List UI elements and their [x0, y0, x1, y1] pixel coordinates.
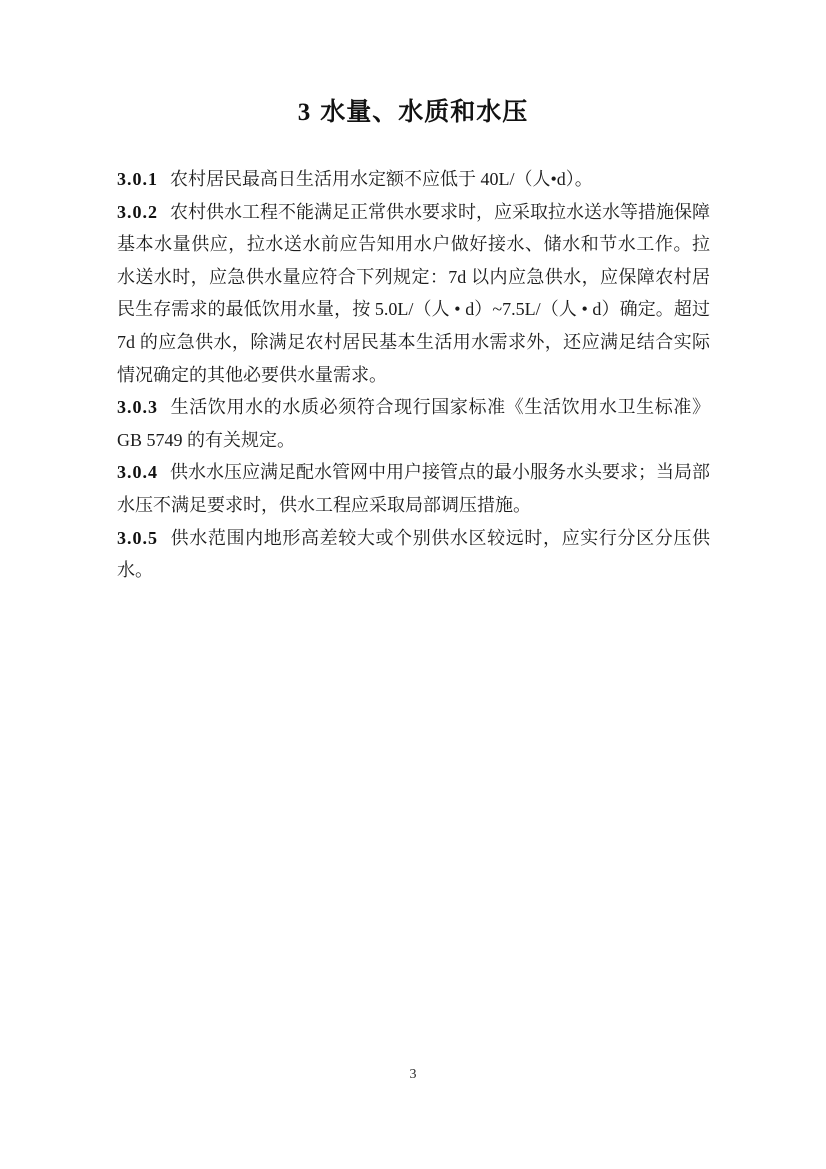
clause-number: 3.0.5 — [117, 528, 158, 548]
clause-number: 3.0.3 — [117, 397, 158, 417]
clause-3-0-4: 3.0.4供水水压应满足配水管网中用户接管点的最小服务水头要求；当局部水压不满足… — [117, 456, 710, 521]
chapter-title: 3水量、水质和水压 — [0, 92, 826, 128]
chapter-title-text: 水量、水质和水压 — [320, 99, 528, 126]
document-page: 3水量、水质和水压 3.0.1农村居民最高日生活用水定额不应低于 40L/（人•… — [0, 0, 826, 1169]
clause-text: 生活饮用水的水质必须符合现行国家标准《生活饮用水卫生标准》GB 5749 的有关… — [117, 397, 710, 450]
document-body: 3.0.1农村居民最高日生活用水定额不应低于 40L/（人•d）。 3.0.2农… — [117, 163, 710, 587]
page-number: 3 — [0, 1067, 826, 1083]
clause-3-0-3: 3.0.3生活饮用水的水质必须符合现行国家标准《生活饮用水卫生标准》GB 574… — [117, 391, 710, 456]
clause-number: 3.0.1 — [117, 169, 158, 189]
clause-3-0-5: 3.0.5供水范围内地形高差较大或个别供水区较远时，应实行分区分压供水。 — [117, 522, 710, 587]
clause-text: 供水水压应满足配水管网中用户接管点的最小服务水头要求；当局部水压不满足要求时，供… — [117, 462, 710, 515]
chapter-number: 3 — [298, 99, 311, 126]
clause-text: 供水范围内地形高差较大或个别供水区较远时，应实行分区分压供水。 — [117, 528, 710, 581]
clause-number: 3.0.2 — [117, 202, 158, 222]
clause-number: 3.0.4 — [117, 462, 158, 482]
clause-text: 农村供水工程不能满足正常供水要求时，应采取拉水送水等措施保障基本水量供应，拉水送… — [117, 202, 710, 385]
clause-3-0-2: 3.0.2农村供水工程不能满足正常供水要求时，应采取拉水送水等措施保障基本水量供… — [117, 196, 710, 392]
clause-text: 农村居民最高日生活用水定额不应低于 40L/（人•d）。 — [170, 169, 593, 189]
clause-3-0-1: 3.0.1农村居民最高日生活用水定额不应低于 40L/（人•d）。 — [117, 163, 710, 196]
